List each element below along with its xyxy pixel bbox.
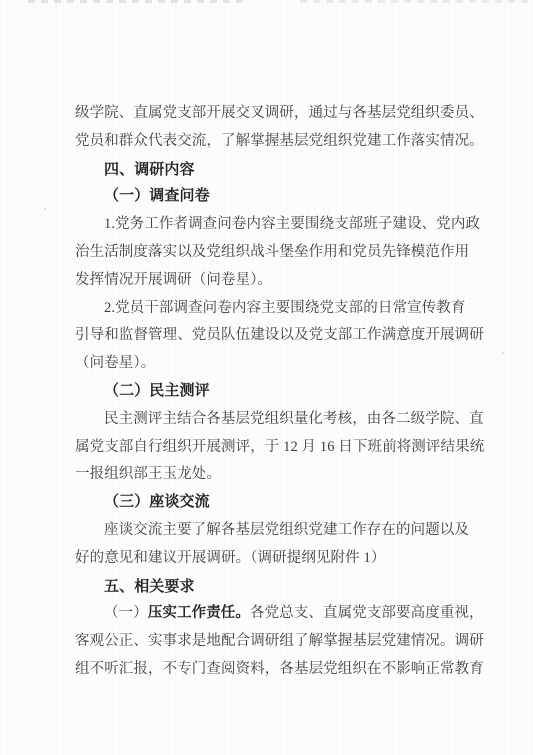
- document-body: 级学院、直属党支部开展交叉调研，通过与各基层党组织委员、党员和群众代表交流，了解…: [75, 100, 467, 684]
- document-line: 民主测评主结合各基层党组织量化考核，由各二级学院、直: [75, 406, 467, 434]
- text-segment: 2.党员干部调查问卷内容主要围绕党支部的日常宣传教育: [104, 300, 465, 316]
- text-segment: 五、相关要求: [104, 578, 195, 595]
- text-segment: 座谈交流主要了解各基层党组织党建工作存在的问题以及: [104, 522, 469, 538]
- text-segment: 治生活制度落实以及党组织战斗堡垒作用和党员先锋模范作用: [75, 244, 469, 260]
- text-segment: （二）民主测评: [104, 383, 210, 399]
- document-page: 级学院、直属党支部开展交叉调研，通过与各基层党组织委员、党员和群众代表交流，了解…: [0, 0, 533, 755]
- document-line: 四、调研内容: [75, 156, 467, 184]
- scan-artifact: [300, 0, 530, 3]
- document-line: 引导和监督管理、党员队伍建设以及党支部工作满意度开展调研: [75, 322, 467, 350]
- text-segment: 压实工作责任。: [148, 605, 250, 621]
- document-line: 座谈交流主要了解各基层党组织党建工作存在的问题以及: [75, 517, 467, 545]
- text-segment: （三）座谈交流: [104, 494, 210, 510]
- text-segment: 好的意见和建议开展调研。（调研提纲见附件 1）: [75, 550, 385, 566]
- text-segment: 发挥情况开展调研（问卷星）。: [75, 272, 272, 288]
- text-segment: 属党支部自行组织开展测评，于 12 月 16 日下班前将测评结果统: [75, 439, 484, 455]
- scan-speck: [502, 352, 504, 354]
- document-line: 组不听汇报，不专门查阅资料，各基层党组织在不影响正常教育: [75, 656, 467, 684]
- text-segment: （问卷星）。: [75, 355, 155, 371]
- text-segment: 级学院、直属党支部开展交叉调研，通过与各基层党组织委员、: [75, 105, 484, 121]
- document-line: 属党支部自行组织开展测评，于 12 月 16 日下班前将测评结果统: [75, 434, 467, 462]
- document-line: 党员和群众代表交流，了解掌握基层党组织党建工作落实情况。: [75, 128, 467, 156]
- document-line: （一）调查问卷: [75, 183, 467, 211]
- text-segment: 党员和群众代表交流，了解掌握基层党组织党建工作落实情况。: [75, 133, 484, 149]
- document-line: 2.党员干部调查问卷内容主要围绕党支部的日常宣传教育: [75, 295, 467, 323]
- text-segment: （一）调查问卷: [104, 188, 210, 204]
- scan-speck: [44, 208, 46, 210]
- scan-artifact: [28, 0, 243, 3]
- text-segment: 引导和监督管理、党员队伍建设以及党支部工作满意度开展调研: [75, 327, 484, 343]
- document-line: 发挥情况开展调研（问卷星）。: [75, 267, 467, 295]
- document-line: （二）民主测评: [75, 378, 467, 406]
- text-segment: 民主测评主结合各基层党组织量化考核，由各二级学院、直: [104, 411, 484, 427]
- document-line: 1.党务工作者调查问卷内容主要围绕支部班子建设、党内政: [75, 211, 467, 239]
- text-segment: 客观公正、实事求是地配合调研组了解掌握基层党建情况。调研: [75, 633, 484, 649]
- text-segment: 一报组织部王玉龙处。: [75, 466, 221, 482]
- text-segment: 组不听汇报，不专门查阅资料，各基层党组织在不影响正常教育: [75, 661, 484, 677]
- text-segment: 四、调研内容: [104, 161, 195, 178]
- document-line: 客观公正、实事求是地配合调研组了解掌握基层党建情况。调研: [75, 628, 467, 656]
- document-line: 级学院、直属党支部开展交叉调研，通过与各基层党组织委员、: [75, 100, 467, 128]
- document-line: （三）座谈交流: [75, 489, 467, 517]
- document-line: 好的意见和建议开展调研。（调研提纲见附件 1）: [75, 545, 467, 573]
- document-line: 治生活制度落实以及党组织战斗堡垒作用和党员先锋模范作用: [75, 239, 467, 267]
- text-segment: 1.党务工作者调查问卷内容主要围绕支部班子建设、党内政: [104, 216, 480, 232]
- text-segment: 各党总支、直属党支部要高度重视，: [250, 605, 484, 621]
- document-line: 一报组织部王玉龙处。: [75, 461, 467, 489]
- document-line: 五、相关要求: [75, 573, 467, 601]
- document-line: （问卷星）。: [75, 350, 467, 378]
- document-line: （一）压实工作责任。各党总支、直属党支部要高度重视，: [75, 600, 467, 628]
- text-segment: （一）: [104, 605, 148, 621]
